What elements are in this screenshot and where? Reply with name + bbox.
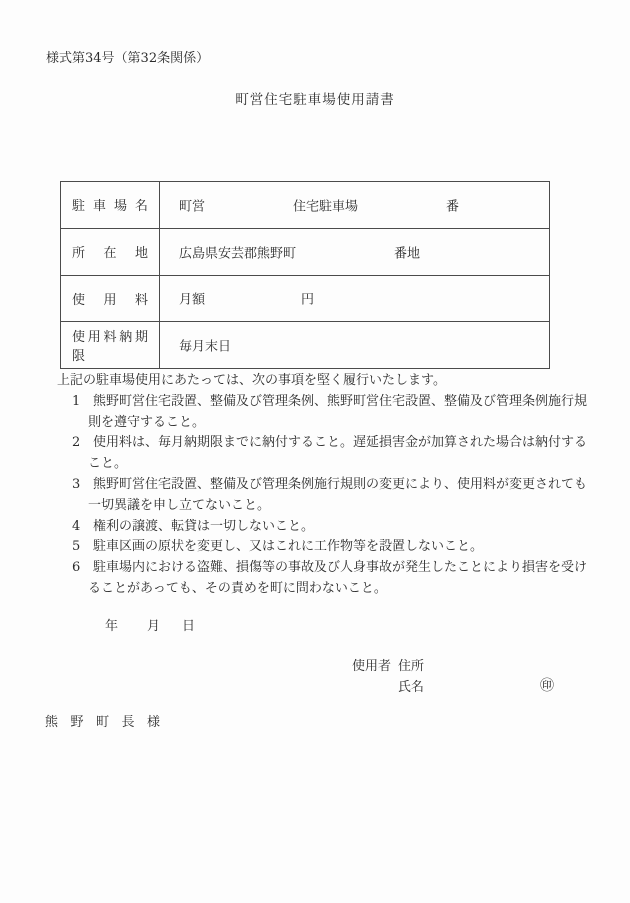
year-label: 年: [105, 619, 118, 634]
row-label-location: 所在地: [61, 229, 160, 275]
item-text: 駐車区画の原状を変更し、又はこれに工作物等を設置しないこと。: [93, 539, 483, 554]
table-row-fee: 使用料 月額 円: [61, 276, 549, 323]
pledge-item-3: 3熊野町営住宅設置、整備及び管理条例施行規則の変更により、使用料が変更されても一…: [57, 475, 587, 517]
table-row-fee-deadline: 使用料納期限 毎月末日: [61, 322, 549, 368]
value-housing-parking: 住宅駐車場: [293, 195, 358, 214]
table-row-location: 所在地 広島県安芸郡熊野町 番地: [61, 229, 549, 276]
item-text: 駐車場内における盗難、損傷等の事故及び人身事故が発生したことにより損害を受けるこ…: [88, 560, 587, 596]
table-row-parking-name: 駐車場名 町営 住宅駐車場 番: [61, 182, 549, 229]
form-number: 様式第34号（第32条関係）: [46, 47, 209, 66]
row-value-fee: 月額 円: [160, 276, 549, 322]
row-label-fee: 使用料: [61, 276, 160, 322]
signer-address-label: 住所: [398, 655, 424, 674]
seal-mark-icon: ㊞: [540, 675, 554, 695]
row-label-fee-deadline: 使用料納期限: [61, 322, 160, 368]
value-lot-number-suffix: 番: [446, 195, 459, 214]
date-line: 年月日: [105, 615, 195, 634]
item-number: 3: [72, 475, 93, 496]
row-label-parking-name: 駐車場名: [61, 182, 160, 228]
value-monthly-prefix: 月額: [179, 289, 205, 308]
item-text: 権利の譲渡、転貸は一切しないこと。: [93, 519, 314, 534]
month-label: 月: [147, 619, 160, 634]
pledge-item-4: 4権利の譲渡、転貸は一切しないこと。: [57, 517, 587, 538]
pledge-section: 上記の駐車場使用にあたっては、次の事項を堅く履行いたします。 1熊野町営住宅設置…: [57, 371, 587, 600]
pledge-intro: 上記の駐車場使用にあたっては、次の事項を堅く履行いたします。: [57, 371, 587, 392]
value-address-prefix: 広島県安芸郡熊野町: [179, 242, 296, 261]
pledge-item-2: 2使用料は、毎月納期限までに納付すること。遅延損害金が加算された場合は納付するこ…: [57, 433, 587, 475]
pledge-item-6: 6駐車場内における盗難、損傷等の事故及び人身事故が発生したことにより損害を受ける…: [57, 558, 587, 600]
item-number: 2: [72, 433, 93, 454]
pledge-item-5: 5駐車区画の原状を変更し、又はこれに工作物等を設置しないこと。: [57, 537, 587, 558]
item-text: 使用料は、毎月納期限までに納付すること。遅延損害金が加算された場合は納付すること…: [88, 435, 587, 471]
item-number: 4: [72, 517, 93, 538]
row-value-fee-deadline: 毎月末日: [160, 322, 549, 368]
parking-info-table: 駐車場名 町営 住宅駐車場 番 所在地 広島県安芸郡熊野町 番地 使用料 月額: [60, 181, 550, 369]
document-page: 様式第34号（第32条関係） 町営住宅駐車場使用請書 駐車場名 町営 住宅駐車場…: [0, 0, 630, 903]
page-title: 町営住宅駐車場使用請書: [0, 88, 630, 108]
item-text: 熊野町営住宅設置、整備及び管理条例、熊野町営住宅設置、整備及び管理条例施行規則を…: [88, 394, 587, 430]
row-value-parking-name: 町営 住宅駐車場 番: [160, 182, 549, 228]
item-number: 6: [72, 558, 93, 579]
value-yen-suffix: 円: [301, 289, 314, 308]
pledge-item-1: 1熊野町営住宅設置、整備及び管理条例、熊野町営住宅設置、整備及び管理条例施行規則…: [57, 392, 587, 434]
item-number: 1: [72, 392, 93, 413]
value-town-operated: 町営: [179, 195, 205, 214]
signer-user-label: 使用者: [352, 655, 391, 674]
signer-name-label: 氏名: [398, 676, 424, 695]
item-number: 5: [72, 537, 93, 558]
day-label: 日: [182, 619, 195, 634]
value-end-of-month: 毎月末日: [179, 336, 231, 355]
item-text: 熊野町営住宅設置、整備及び管理条例施行規則の変更により、使用料が変更されても一切…: [88, 477, 587, 513]
addressee-mayor: 熊野町長様: [45, 711, 160, 730]
row-value-location: 広島県安芸郡熊野町 番地: [160, 229, 549, 275]
value-banchi-suffix: 番地: [394, 242, 420, 261]
